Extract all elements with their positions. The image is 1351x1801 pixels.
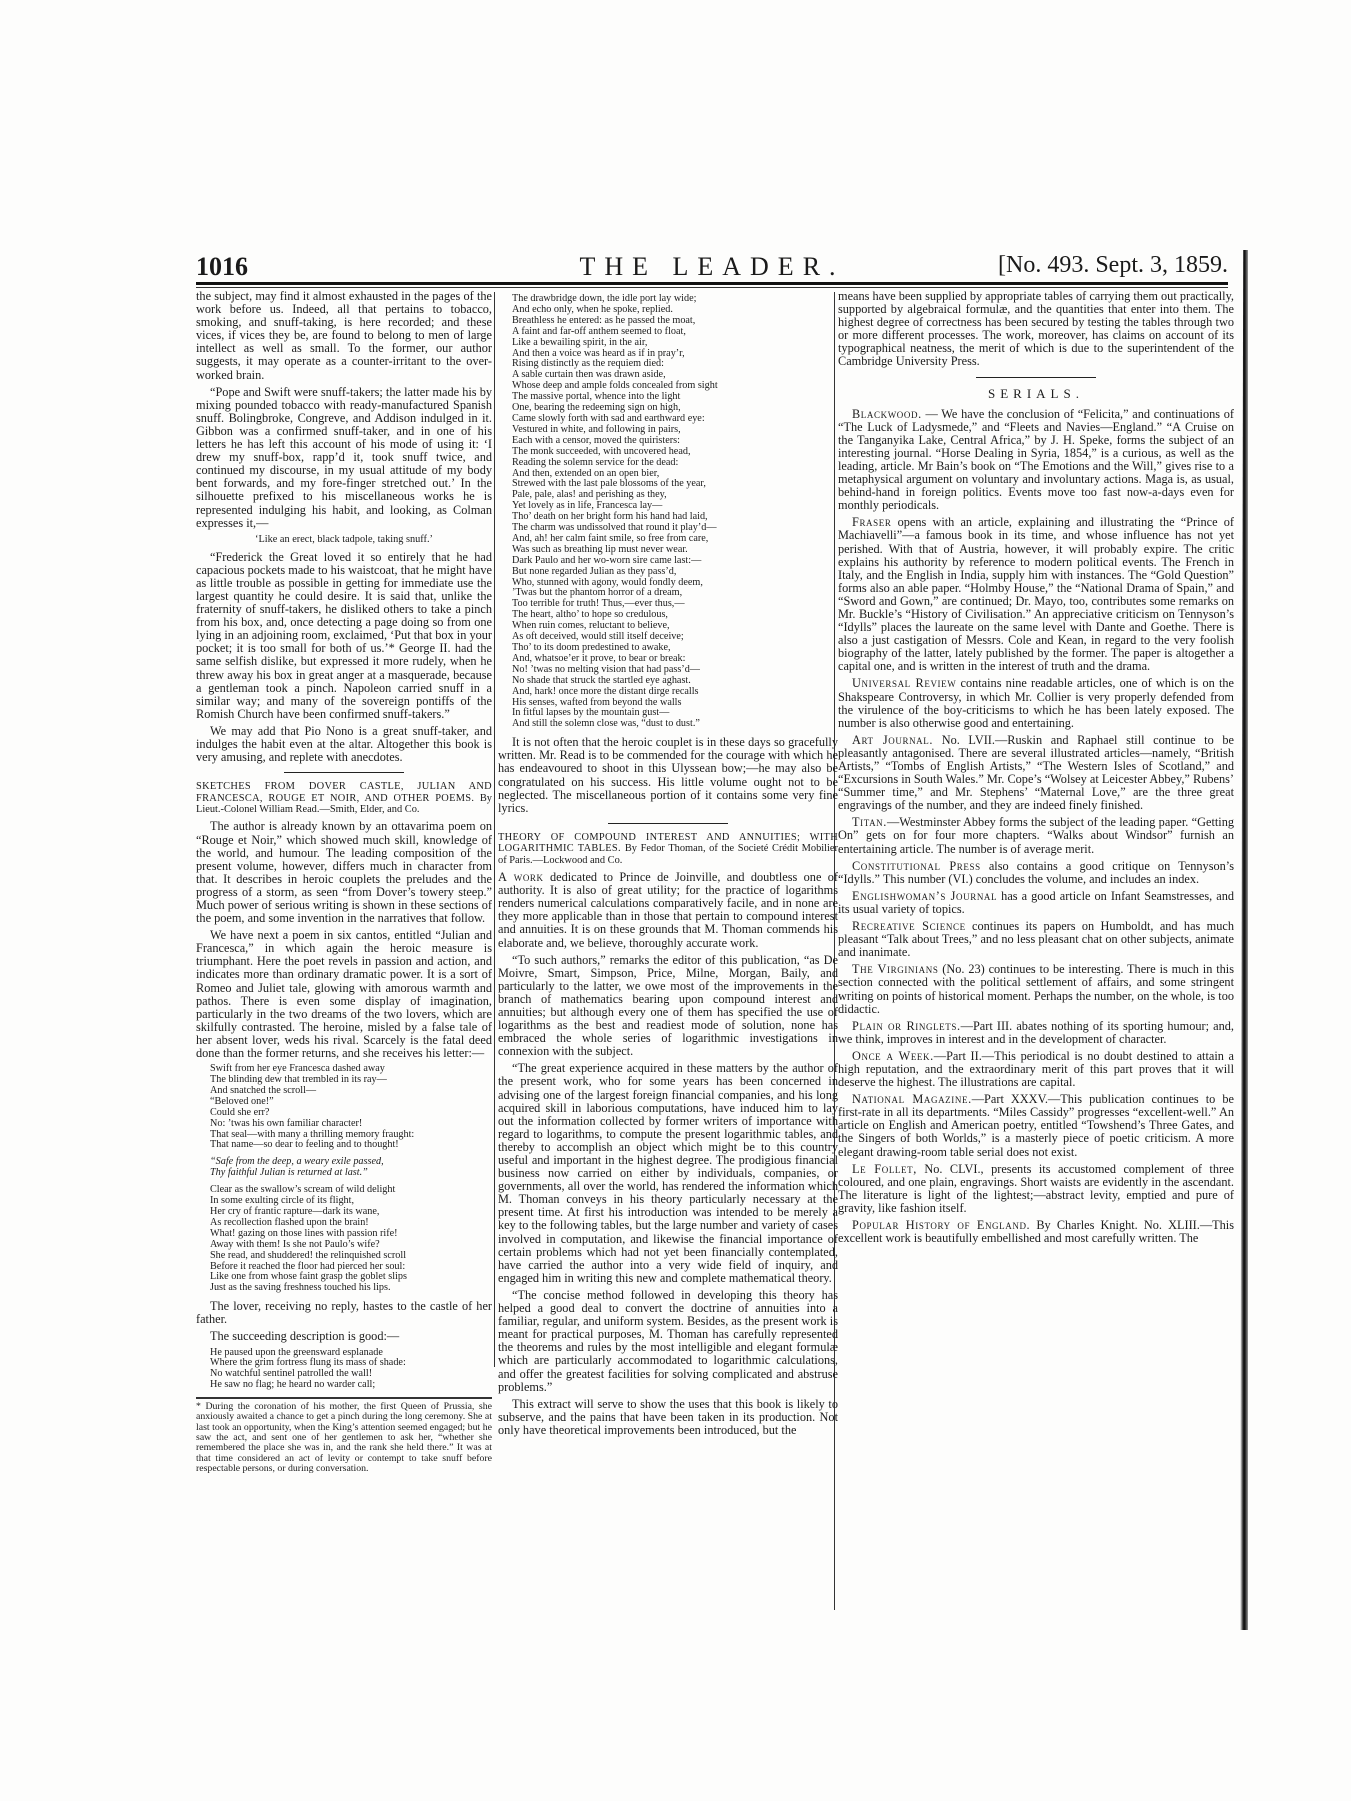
- section-divider: [608, 823, 728, 824]
- serial-text: —Westminster Abbey forms the subject of …: [838, 815, 1234, 855]
- serial-name: Englishwoman’s Journal: [852, 889, 997, 903]
- serial-name: National Magazine.: [852, 1092, 972, 1106]
- article-paragraph: The author is already known by an ottava…: [196, 820, 492, 925]
- article-paragraph: The succeeding description is good:—: [196, 1330, 492, 1343]
- serial-name: Le Follet,: [852, 1162, 917, 1176]
- serial-entry: Once a Week.—Part II.—This periodical is…: [838, 1050, 1234, 1089]
- serial-entry: National Magazine.—Part XXXV.—This publi…: [838, 1093, 1234, 1158]
- article-paragraph: “Frederick the Great loved it so entirel…: [196, 551, 492, 721]
- article-paragraph: It is not often that the heroic couplet …: [498, 736, 838, 815]
- article-paragraph: “Pope and Swift were snuff-takers; the l…: [196, 386, 492, 530]
- newspaper-page: 1016 THE LEADER. [No. 493. Sept. 3, 1859…: [0, 0, 1351, 1801]
- serial-name: Recreative Science: [852, 919, 966, 933]
- article-paragraph: We have next a poem in six cantos, entit…: [196, 929, 492, 1060]
- page-binding-edge: [1240, 250, 1248, 1630]
- serial-entry: Fraser opens with an article, explaining…: [838, 516, 1234, 673]
- verse-excerpt: Clear as the swallow’s scream of wild de…: [210, 1185, 492, 1294]
- verse-excerpt: Swift from her eye Francesca dashed away…: [210, 1064, 492, 1151]
- serial-entry: Popular History of England. By Charles K…: [838, 1219, 1234, 1245]
- serial-name: Titan.: [852, 815, 887, 829]
- article-paragraph: means have been supplied by appropriate …: [838, 290, 1234, 369]
- serial-name: The Virginians: [852, 962, 938, 976]
- column-divider: [494, 292, 495, 1367]
- section-divider: [976, 377, 1096, 378]
- verse-excerpt: He paused upon the greensward esplanade …: [210, 1348, 492, 1392]
- serial-text: opens with an article, explaining and il…: [838, 515, 1234, 673]
- article-paragraph: The lover, receiving no reply, hastes to…: [196, 1300, 492, 1326]
- column-left: the subject, may find it almost exhauste…: [196, 290, 492, 1474]
- section-title-serials: SERIALS.: [838, 386, 1234, 402]
- paragraph-text: dedicated to Prince de Joinville, and do…: [498, 870, 838, 949]
- serial-name: Fraser: [852, 515, 891, 529]
- section-divider: [284, 772, 404, 773]
- serial-entry: Universal Review contains nine readable …: [838, 677, 1234, 729]
- article-paragraph: “The great experience acquired in these …: [498, 1062, 838, 1285]
- lead-words: A work: [498, 870, 544, 884]
- serial-entry: Constitutional Press also contains a goo…: [838, 860, 1234, 886]
- review-heading: SKETCHES FROM DOVER CASTLE, JULIAN AND F…: [196, 781, 492, 815]
- serial-entry: Plain or Ringlets.—Part III. abates noth…: [838, 1020, 1234, 1046]
- article-paragraph: “The concise method followed in developi…: [498, 1289, 838, 1394]
- article-paragraph: “To such authors,” remarks the editor of…: [498, 954, 838, 1059]
- article-paragraph: the subject, may find it almost exhauste…: [196, 290, 492, 382]
- review-heading: THEORY OF COMPOUND INTEREST AND ANNUITIE…: [498, 832, 838, 866]
- serial-name: Blackwood.: [852, 407, 922, 421]
- article-paragraph: We may add that Pio Nono is a great snuf…: [196, 725, 492, 764]
- serial-entry: Englishwoman’s Journal has a good articl…: [838, 890, 1234, 916]
- serial-name: Constitutional Press: [852, 859, 981, 873]
- serial-entry: Le Follet, No. CLVI., presents its accus…: [838, 1163, 1234, 1215]
- masthead: 1016 THE LEADER. [No. 493. Sept. 3, 1859…: [196, 250, 1228, 286]
- review-title: SKETCHES FROM DOVER CASTLE, JULIAN AND F…: [196, 781, 492, 803]
- column-middle: The drawbridge down, the idle port lay w…: [498, 290, 838, 1441]
- serial-entry: Titan.—Westminster Abbey forms the subje…: [838, 816, 1234, 855]
- verse-excerpt: “Safe from the deep, a weary exile passe…: [210, 1157, 492, 1179]
- article-paragraph: A work dedicated to Prince de Joinville,…: [498, 871, 838, 950]
- header-rule-thin: [196, 287, 1228, 288]
- serial-entry: The Virginians (No. 23) continues to be …: [838, 963, 1234, 1015]
- serial-name: Popular History of England.: [852, 1218, 1030, 1232]
- serial-name: Once a Week.: [852, 1049, 934, 1063]
- serial-entry: Blackwood. — We have the conclusion of “…: [838, 408, 1234, 513]
- footnote: * During the coronation of his mother, t…: [196, 1397, 492, 1474]
- article-paragraph: This extract will serve to show the uses…: [498, 1398, 838, 1437]
- verse-excerpt: The drawbridge down, the idle port lay w…: [512, 294, 838, 730]
- serial-entry: Art Journal. No. LVII.—Ruskin and Raphae…: [838, 734, 1234, 813]
- serial-name: Art Journal.: [852, 733, 933, 747]
- serial-name: Plain or Ringlets.: [852, 1019, 961, 1033]
- serial-text: — We have the conclusion of “Felicita,” …: [838, 407, 1234, 513]
- issue-date: [No. 493. Sept. 3, 1859.: [998, 252, 1228, 279]
- serials-list: Blackwood. — We have the conclusion of “…: [838, 408, 1234, 1246]
- quotation: ‘Like an erect, black tadpole, taking sn…: [196, 534, 492, 545]
- serial-entry: Recreative Science continues its papers …: [838, 920, 1234, 959]
- column-right: means have been supplied by appropriate …: [838, 290, 1234, 1249]
- serial-name: Universal Review: [852, 676, 956, 690]
- header-rule: [196, 282, 1228, 285]
